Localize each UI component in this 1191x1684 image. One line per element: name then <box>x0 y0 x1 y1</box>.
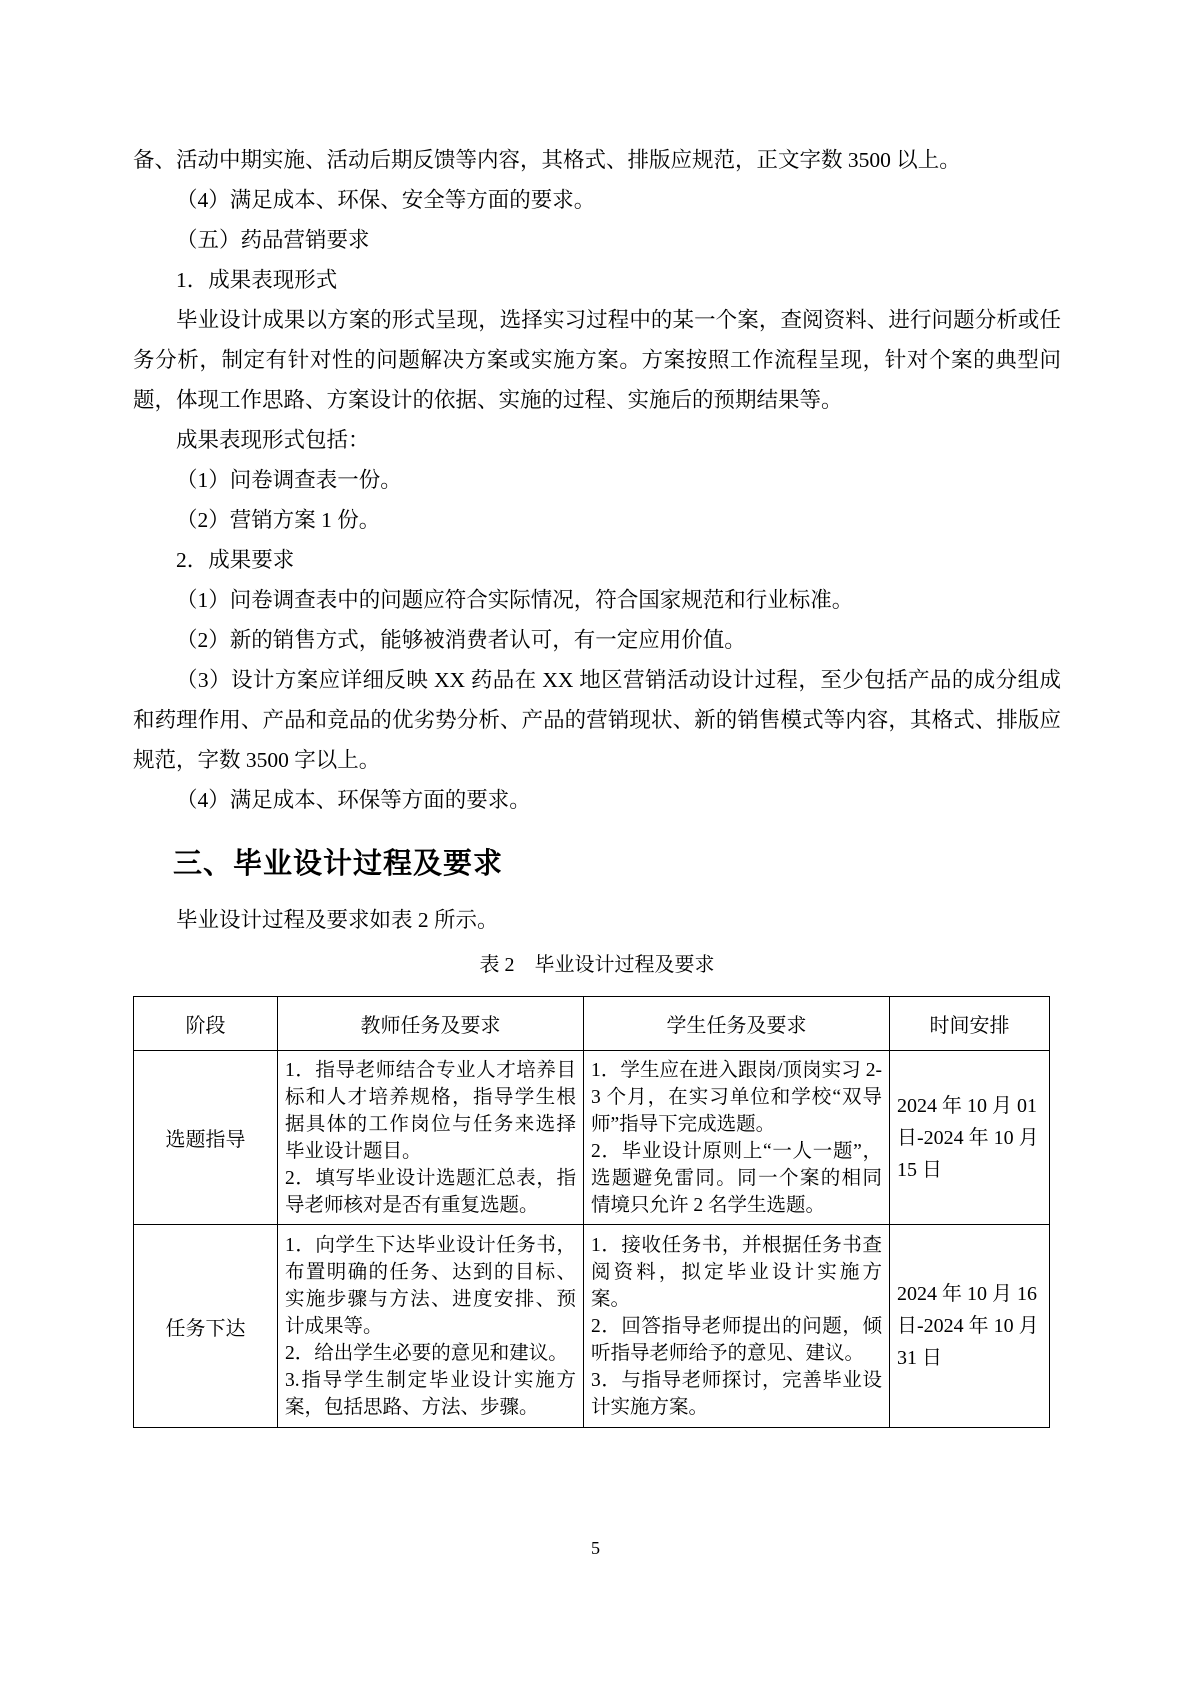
stage-cell: 任务下达 <box>134 1225 278 1428</box>
time-cell: 2024 年 10 月 01 日-2024 年 10 月 15 日 <box>890 1051 1050 1225</box>
body-paragraph: （4）满足成本、环保等方面的要求。 <box>133 780 1061 820</box>
body-paragraph: 毕业设计成果以方案的形式呈现，选择实习过程中的某一个案，查阅资料、进行问题分析或… <box>133 300 1061 420</box>
task-item: 2．给出学生必要的意见和建议。 <box>285 1340 576 1367</box>
col-header-student-tasks: 学生任务及要求 <box>584 997 890 1051</box>
page-content: 备、活动中期实施、活动后期反馈等内容，其格式、排版应规范，正文字数 3500 以… <box>133 140 1061 1428</box>
body-paragraph: 1．成果表现形式 <box>133 260 1061 300</box>
col-header-schedule: 时间安排 <box>890 997 1050 1051</box>
task-item: 2．回答指导老师提出的问题，倾听指导老师给予的意见、建议。 <box>591 1313 882 1367</box>
body-paragraph: （4）满足成本、环保、安全等方面的要求。 <box>133 180 1061 220</box>
table-row: 任务下达 1．向学生下达毕业设计任务书，布置明确的任务、达到的目标、实施步骤与方… <box>134 1225 1050 1428</box>
table-intro-paragraph: 毕业设计过程及要求如表 2 所示。 <box>133 900 1061 940</box>
task-item: 3.指导学生制定毕业设计实施方案，包括思路、方法、步骤。 <box>285 1367 576 1421</box>
task-item: 2．毕业设计原则上“一人一题”，选题避免雷同。同一个案的相同情境只允许 2 名学… <box>591 1138 882 1219</box>
body-paragraph: （五）药品营销要求 <box>133 220 1061 260</box>
teacher-tasks-cell: 1．指导老师结合专业人才培养目标和人才培养规格，指导学生根据具体的工作岗位与任务… <box>278 1051 584 1225</box>
task-item: 1．学生应在进入跟岗/顶岗实习 2-3 个月，在实习单位和学校“双导师”指导下完… <box>591 1057 882 1138</box>
body-paragraph: （2）营销方案 1 份。 <box>133 500 1061 540</box>
table-header-row: 阶段 教师任务及要求 学生任务及要求 时间安排 <box>134 997 1050 1051</box>
document-page: 备、活动中期实施、活动后期反馈等内容，其格式、排版应规范，正文字数 3500 以… <box>0 0 1191 1684</box>
table-row: 选题指导 1．指导老师结合专业人才培养目标和人才培养规格，指导学生根据具体的工作… <box>134 1051 1050 1225</box>
col-header-teacher-tasks: 教师任务及要求 <box>278 997 584 1051</box>
student-tasks-cell: 1．接收任务书，并根据任务书查阅资料，拟定毕业设计实施方案。 2．回答指导老师提… <box>584 1225 890 1428</box>
task-item: 1．向学生下达毕业设计任务书，布置明确的任务、达到的目标、实施步骤与方法、进度安… <box>285 1232 576 1340</box>
stage-cell: 选题指导 <box>134 1051 278 1225</box>
body-paragraph: （2）新的销售方式，能够被消费者认可，有一定应用价值。 <box>133 620 1061 660</box>
process-requirements-table: 阶段 教师任务及要求 学生任务及要求 时间安排 选题指导 1．指导老师结合专业人… <box>133 996 1050 1428</box>
body-paragraph: （3）设计方案应详细反映 XX 药品在 XX 地区营销活动设计过程，至少包括产品… <box>133 660 1061 780</box>
body-paragraph: （1）问卷调查表中的问题应符合实际情况，符合国家规范和行业标准。 <box>133 580 1061 620</box>
task-item: 2．填写毕业设计选题汇总表，指导老师核对是否有重复选题。 <box>285 1165 576 1219</box>
body-paragraph: 2．成果要求 <box>133 540 1061 580</box>
body-paragraph: 成果表现形式包括： <box>133 420 1061 460</box>
body-paragraph: 备、活动中期实施、活动后期反馈等内容，其格式、排版应规范，正文字数 3500 以… <box>133 140 1061 180</box>
teacher-tasks-cell: 1．向学生下达毕业设计任务书，布置明确的任务、达到的目标、实施步骤与方法、进度安… <box>278 1225 584 1428</box>
task-item: 1．指导老师结合专业人才培养目标和人才培养规格，指导学生根据具体的工作岗位与任务… <box>285 1057 576 1165</box>
page-number: 5 <box>0 1538 1191 1559</box>
col-header-stage: 阶段 <box>134 997 278 1051</box>
section-heading: 三、毕业设计过程及要求 <box>173 842 1061 886</box>
body-paragraph: （1）问卷调查表一份。 <box>133 460 1061 500</box>
task-item: 3．与指导老师探讨，完善毕业设计实施方案。 <box>591 1367 882 1421</box>
student-tasks-cell: 1．学生应在进入跟岗/顶岗实习 2-3 个月，在实习单位和学校“双导师”指导下完… <box>584 1051 890 1225</box>
time-cell: 2024 年 10 月 16 日-2024 年 10 月 31 日 <box>890 1225 1050 1428</box>
table-caption: 表 2 毕业设计过程及要求 <box>133 952 1061 978</box>
task-item: 1．接收任务书，并根据任务书查阅资料，拟定毕业设计实施方案。 <box>591 1232 882 1313</box>
